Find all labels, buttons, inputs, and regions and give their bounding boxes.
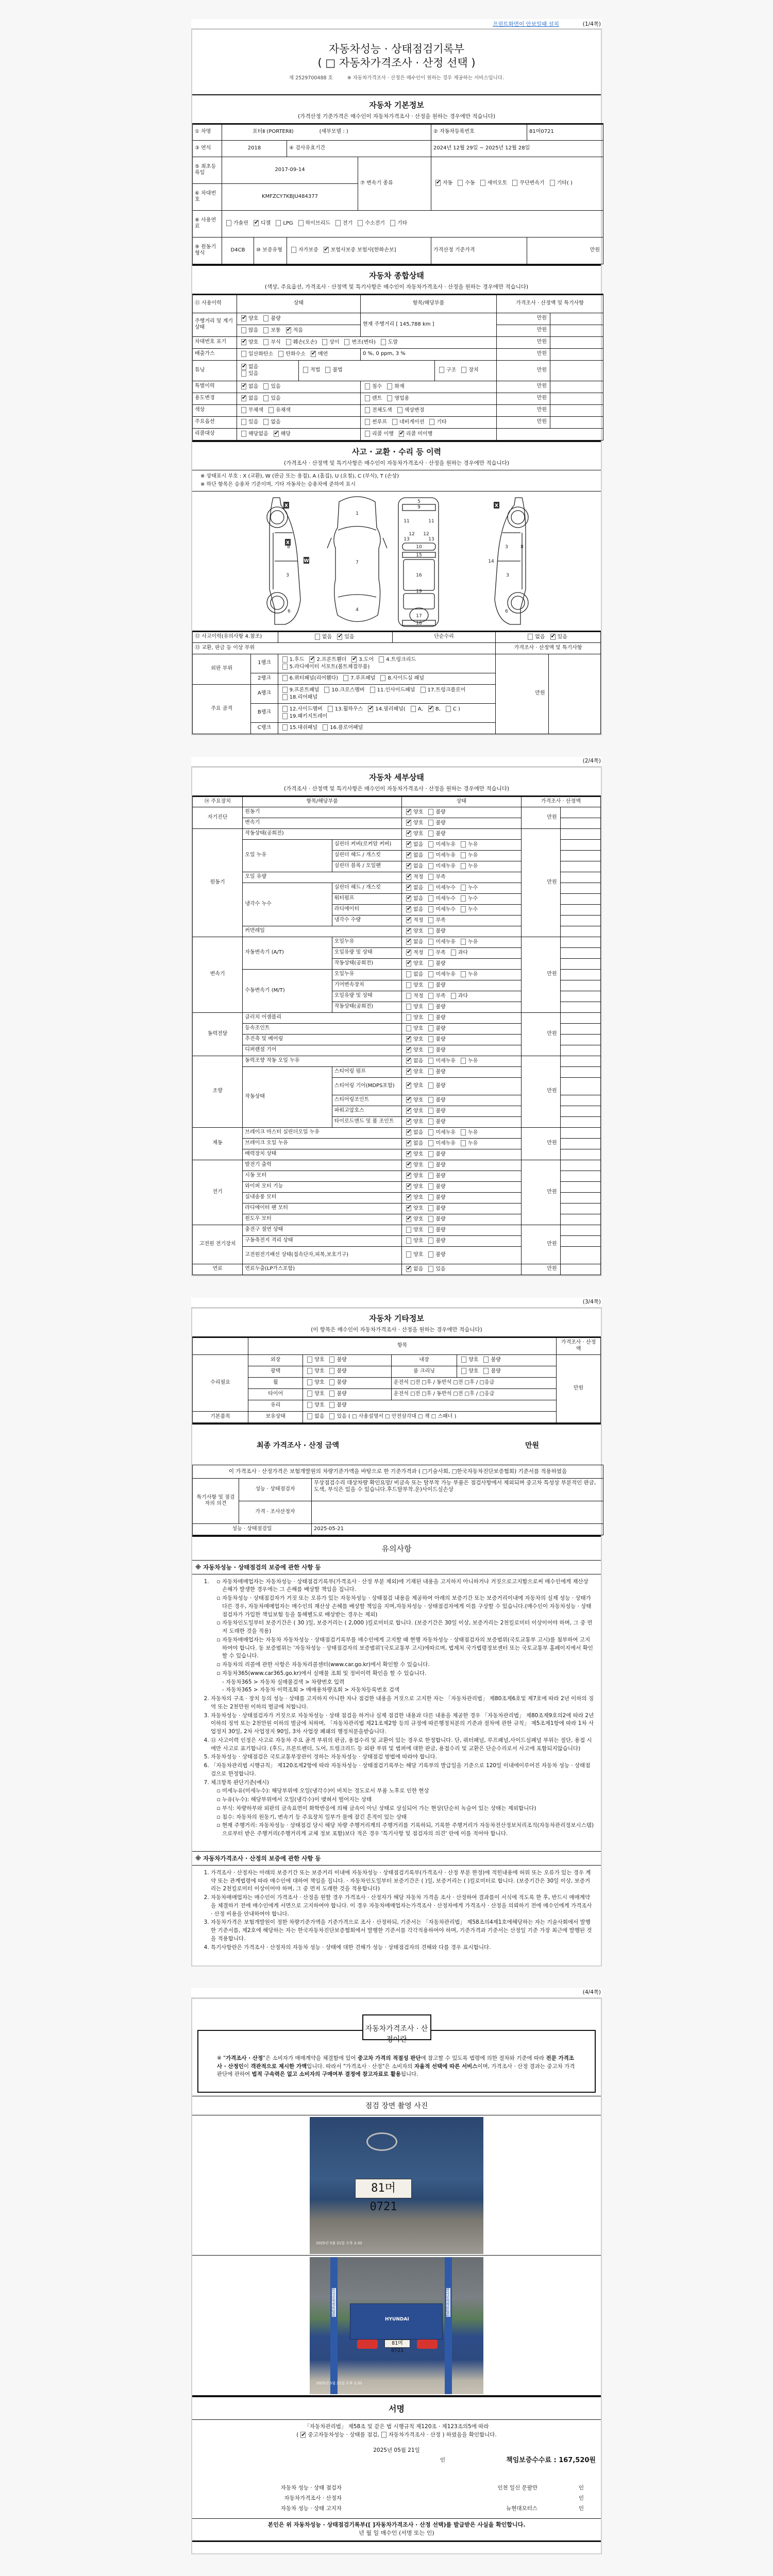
checkbox[interactable]	[406, 1151, 411, 1157]
checkbox[interactable]	[365, 383, 370, 389]
checkbox[interactable]	[399, 431, 404, 437]
checkbox[interactable]	[428, 982, 433, 988]
checkbox[interactable]	[325, 367, 330, 373]
checkbox[interactable]	[298, 220, 304, 226]
fuel-options: 가솔린디젤LPG하이브리드전기수소전기기타	[222, 210, 603, 237]
group-label: 조향	[193, 1056, 243, 1127]
checkbox[interactable]	[428, 1227, 433, 1233]
option: 일산화탄소	[239, 351, 273, 358]
checkbox[interactable]	[428, 809, 433, 815]
checkbox[interactable]	[406, 1205, 411, 1211]
rear-plate: 81머 0721	[384, 2340, 410, 2348]
table-row: 차대번호 표기양호부식훼손(오손)상이변조(변타)도말만원	[193, 336, 603, 348]
checkbox[interactable]	[406, 1173, 411, 1179]
doc-note: ※ 자동차가격조사 · 산정은 매수인이 원하는 경우 제공하는 서비스입니다.	[347, 75, 504, 81]
checkbox[interactable]	[263, 419, 268, 425]
checkbox[interactable]	[263, 383, 268, 389]
option: 있음	[426, 1266, 445, 1273]
checkbox[interactable]	[428, 841, 433, 848]
checkbox[interactable]	[381, 339, 386, 345]
checkbox[interactable]	[241, 383, 246, 389]
checkbox[interactable]	[461, 1357, 466, 1363]
checkbox[interactable]	[428, 1025, 433, 1031]
checkbox[interactable]	[461, 971, 466, 977]
checkbox[interactable]	[241, 327, 246, 333]
option: 불량	[426, 809, 445, 816]
option: 양호	[239, 315, 258, 323]
checkbox[interactable]	[397, 407, 402, 413]
checkbox[interactable]	[406, 1140, 411, 1146]
checkbox[interactable]	[406, 1014, 411, 1021]
option: 불량	[426, 1251, 445, 1259]
checkbox[interactable]	[461, 939, 466, 945]
option: 상이	[320, 339, 339, 346]
checkbox[interactable]	[461, 852, 466, 858]
checkbox[interactable]	[406, 1097, 411, 1103]
checkbox[interactable]	[428, 1129, 433, 1136]
appraisal-explanation-box: 자동차가격조사 · 산정이란 ※ "가격조사 · 산정"은 소비자가 매매계약을…	[197, 2030, 596, 2093]
inspector-opinion: 무상점검수리 대상차량 확인요망/ 비금속 또는 탈부착 가능 부품은 점검사항…	[312, 1478, 603, 1501]
option: 해당	[272, 431, 291, 438]
checkbox[interactable]	[458, 180, 463, 186]
checkbox[interactable]	[406, 1129, 411, 1136]
option: 양호	[404, 1025, 423, 1032]
checkbox[interactable]	[329, 1391, 334, 1397]
checkbox[interactable]	[329, 1368, 334, 1374]
checkbox[interactable]	[406, 1194, 411, 1200]
option: 기타	[388, 220, 407, 227]
checkbox[interactable]	[461, 841, 466, 848]
svg-text:6: 6	[505, 609, 508, 614]
checkbox[interactable]	[406, 1266, 411, 1272]
option: 양호	[404, 960, 423, 968]
checkbox[interactable]	[451, 993, 456, 999]
checkbox[interactable]	[451, 950, 456, 956]
front-photo: 81머 0721 2025년 5월 21일 오후 2:33	[310, 2117, 483, 2254]
checkbox[interactable]	[435, 180, 441, 186]
checkbox[interactable]	[406, 1069, 411, 1075]
checkbox[interactable]	[379, 656, 384, 663]
option: 양호	[239, 339, 258, 346]
option: 양호	[404, 1183, 423, 1191]
option: 많음	[239, 327, 258, 334]
checkbox[interactable]	[550, 634, 556, 640]
option: 불량	[426, 1082, 445, 1090]
checkbox[interactable]	[380, 675, 385, 681]
option: 없음	[404, 1140, 423, 1147]
checkbox[interactable]	[406, 841, 411, 848]
option: 양호	[305, 1402, 324, 1409]
checkbox[interactable]	[461, 906, 466, 912]
checkbox[interactable]	[428, 1097, 433, 1103]
checkbox[interactable]	[282, 687, 288, 693]
checkbox[interactable]	[406, 809, 411, 815]
print-install-link[interactable]: 프린트화면이 안보일때 설치	[493, 20, 559, 28]
checkbox[interactable]	[406, 993, 411, 999]
checkbox[interactable]	[406, 1162, 411, 1168]
checkbox[interactable]	[406, 917, 411, 923]
checkbox[interactable]	[263, 395, 268, 401]
option: 있음	[239, 419, 258, 426]
option: 불량	[426, 820, 445, 827]
valid-label: ④ 검사유효기간	[287, 140, 431, 157]
checkbox[interactable]	[406, 863, 411, 869]
checkbox[interactable]	[428, 906, 433, 912]
option: 19.패키지트레이	[280, 713, 328, 720]
checkbox[interactable]	[282, 664, 288, 670]
checkbox[interactable]	[406, 1251, 411, 1258]
checkbox[interactable]	[344, 339, 349, 345]
warranty-options: 자가보증보험사보증 보험사[한화손보]	[287, 237, 431, 264]
checkbox[interactable]	[461, 1140, 466, 1146]
svg-text:17: 17	[416, 614, 422, 619]
checkbox[interactable]	[307, 1379, 312, 1385]
other-info-table: 항목가격조사 · 산정액수리필요외장양호불량내장양호불량만원광택양호불량룸 크리…	[192, 1336, 601, 1423]
checkbox[interactable]	[428, 1014, 433, 1021]
checkbox[interactable]	[286, 339, 291, 345]
checkbox[interactable]	[241, 407, 246, 413]
checkbox[interactable]	[329, 1379, 334, 1385]
checkbox[interactable]	[461, 1368, 466, 1374]
option: 없음	[404, 852, 423, 859]
checkbox[interactable]	[461, 863, 466, 869]
checkbox[interactable]	[428, 1004, 433, 1010]
checkbox[interactable]	[461, 1058, 466, 1064]
checkbox[interactable]	[241, 370, 246, 377]
checkbox[interactable]	[324, 687, 329, 693]
option: 양호	[459, 1368, 478, 1375]
appraisal-checkbox[interactable]	[381, 2432, 386, 2438]
checkbox[interactable]	[406, 1238, 411, 1244]
checkbox[interactable]	[428, 874, 433, 880]
checkbox[interactable]	[365, 431, 370, 437]
checkbox[interactable]	[411, 706, 416, 712]
checkbox[interactable]	[324, 247, 329, 253]
car-damage-diagram: 174 836 591015 16191718 11111212 1313 33…	[192, 492, 601, 631]
checkbox[interactable]	[428, 1082, 433, 1089]
checkbox[interactable]	[329, 1402, 334, 1408]
option: 누유	[459, 1129, 478, 1137]
checkbox[interactable]	[303, 367, 308, 373]
checkbox[interactable]	[406, 1216, 411, 1222]
option: 없음	[404, 1058, 423, 1065]
checkbox[interactable]	[428, 960, 433, 967]
svg-text:10: 10	[416, 545, 422, 550]
checkbox[interactable]	[315, 634, 320, 640]
checkbox[interactable]	[226, 220, 231, 226]
checkbox[interactable]	[428, 1194, 433, 1200]
option: 13.휠하우스	[326, 706, 363, 713]
checkbox[interactable]	[428, 706, 433, 712]
checkbox[interactable]	[282, 713, 288, 719]
doc-header: 자동차성능 · 상태점검기록부 ( □ 자동차가격조사 · 산정 선택 ) 제 …	[192, 30, 601, 94]
checkbox[interactable]	[428, 895, 433, 902]
checkbox[interactable]	[406, 971, 411, 977]
checkbox[interactable]	[323, 724, 328, 731]
checkbox[interactable]	[406, 820, 411, 826]
checkbox[interactable]	[263, 339, 268, 345]
checkbox[interactable]	[428, 1173, 433, 1179]
checkbox[interactable]	[274, 431, 279, 437]
option: 없음	[404, 841, 423, 849]
page-4: 자동차가격조사 · 산정이란 ※ "가격조사 · 산정"은 소비자가 매매계약을…	[191, 1997, 602, 2554]
checkbox[interactable]	[406, 1108, 411, 1114]
checkbox[interactable]	[406, 982, 411, 988]
checkbox[interactable]	[428, 928, 433, 934]
checkbox[interactable]	[365, 395, 370, 401]
confirm-line: (중고자동차성능 · 상태를 점검,자동차가격조사 · 산정 ) 하였음을 확인…	[197, 2431, 596, 2439]
engine-type: D4CB	[222, 237, 254, 264]
option: 양호	[404, 1151, 423, 1158]
checkbox[interactable]	[254, 220, 259, 226]
checkbox[interactable]	[241, 339, 246, 345]
checkbox[interactable]	[263, 327, 268, 333]
checkbox[interactable]	[428, 1047, 433, 1053]
checkbox[interactable]	[406, 1025, 411, 1031]
option: 불량	[261, 315, 280, 323]
checkbox[interactable]	[241, 364, 246, 370]
svg-text:9: 9	[417, 505, 421, 510]
appraisal-warranty-notices: 가격조사 · 산정자는 아래의 보증기간 또는 보증거리 이내에 자동차성능 ·…	[192, 1866, 601, 1966]
option: 16.플로어패널	[321, 724, 363, 732]
checkbox[interactable]	[241, 395, 246, 401]
checkbox[interactable]	[406, 1082, 411, 1089]
checkbox[interactable]	[428, 1118, 433, 1125]
svg-text:3: 3	[506, 573, 509, 578]
checkbox[interactable]	[311, 351, 316, 357]
checkbox[interactable]	[282, 724, 288, 731]
checkbox[interactable]	[406, 852, 411, 858]
checkbox[interactable]	[392, 419, 397, 425]
checkbox[interactable]	[461, 367, 466, 373]
checkbox[interactable]	[282, 694, 288, 700]
checkbox[interactable]	[307, 1402, 312, 1408]
detail-subtitle: (가격조사 · 산정액 및 특기사항은 매수인이 자동차가격조사 · 산정을 원…	[192, 783, 601, 795]
option: 있음 ( □ 사용설명서 □ 안전삼각대 □ 잭 □ 스패너 )	[327, 1413, 456, 1420]
checkbox[interactable]	[428, 885, 433, 891]
checkbox[interactable]	[328, 706, 333, 712]
checkbox[interactable]	[322, 339, 327, 345]
checkbox[interactable]	[309, 656, 314, 663]
checkbox[interactable]	[428, 831, 433, 837]
checkbox[interactable]	[365, 419, 370, 425]
checkbox[interactable]	[368, 706, 373, 712]
checkbox[interactable]	[406, 960, 411, 967]
checkbox[interactable]	[329, 1413, 334, 1419]
checkbox[interactable]	[307, 1391, 312, 1397]
checkbox[interactable]	[406, 939, 411, 945]
option: 미세누유	[426, 939, 456, 946]
warranty-label: ⑩ 보증유형	[254, 237, 287, 264]
checkbox[interactable]	[282, 706, 288, 712]
option: 불량	[426, 1173, 445, 1180]
checkbox[interactable]	[276, 220, 281, 226]
option: 렌트	[363, 395, 382, 402]
checkbox[interactable]	[461, 895, 466, 902]
page-2: 자동차 세부상태 (가격조사 · 산정액 및 특기사항은 매수인이 자동차가격조…	[191, 766, 602, 1276]
checkbox[interactable]	[343, 675, 348, 681]
option: 있음	[261, 395, 280, 402]
checkbox[interactable]	[428, 1216, 433, 1222]
option: 양호	[305, 1379, 324, 1386]
checkbox[interactable]	[428, 1151, 433, 1157]
checkbox[interactable]	[428, 1108, 433, 1114]
checkbox[interactable]	[406, 1036, 411, 1042]
option: 불량	[426, 1205, 445, 1212]
option: 양호	[305, 1368, 324, 1375]
checkbox[interactable]	[406, 874, 411, 880]
option: 불법	[323, 367, 342, 374]
checkbox[interactable]	[428, 971, 433, 977]
option: 2.프론트휀더	[307, 656, 346, 664]
checkbox[interactable]	[390, 220, 395, 226]
option: 불량	[327, 1368, 346, 1375]
checkbox[interactable]	[406, 885, 411, 891]
checkbox[interactable]	[291, 247, 296, 253]
checkbox[interactable]	[480, 180, 485, 186]
signer-row: 자동차가격조사 · 산정자인	[197, 2494, 596, 2504]
checkbox[interactable]	[406, 895, 411, 902]
svg-text:3: 3	[505, 545, 508, 550]
checkbox[interactable]	[329, 1357, 334, 1363]
option: 과다	[449, 993, 468, 1000]
checkbox[interactable]	[428, 1251, 433, 1258]
accident-title: 사고 · 교환 · 수리 등 이력	[192, 442, 601, 457]
option: 불량	[426, 1216, 445, 1223]
checkbox[interactable]	[387, 395, 392, 401]
checkbox[interactable]	[337, 634, 342, 640]
checkbox[interactable]	[428, 939, 433, 945]
checkbox[interactable]	[428, 1205, 433, 1211]
checkbox[interactable]	[406, 1183, 411, 1190]
checkbox[interactable]	[550, 180, 555, 186]
option: 미세누수	[426, 906, 456, 913]
checkbox[interactable]	[428, 1162, 433, 1168]
checkbox[interactable]	[428, 1266, 433, 1272]
checkbox[interactable]	[268, 407, 274, 413]
checkbox[interactable]	[428, 1140, 433, 1146]
option: 양호	[404, 1069, 423, 1076]
checkbox[interactable]	[429, 419, 434, 425]
checkbox[interactable]	[307, 1368, 312, 1374]
checkbox[interactable]	[439, 367, 444, 373]
checkbox[interactable]	[307, 1357, 312, 1363]
checkbox[interactable]	[282, 675, 288, 681]
checkbox[interactable]	[278, 351, 283, 357]
checkbox[interactable]	[428, 1036, 433, 1042]
inspection-photo-front: 81머 0721 2025년 5월 21일 오후 2:33	[192, 2115, 601, 2256]
checkbox[interactable]	[428, 852, 433, 858]
option: 양호	[305, 1357, 324, 1364]
table-row: 휠양호불량운전석 □전 □후 / 동반석 □전 □후 / □응급	[193, 1377, 601, 1388]
checkbox[interactable]	[428, 1069, 433, 1075]
checkbox[interactable]	[421, 687, 426, 693]
option: 적정	[404, 917, 423, 924]
option: 불량	[327, 1357, 346, 1364]
inspection-checkbox[interactable]	[300, 2432, 306, 2438]
checkbox[interactable]	[512, 180, 517, 186]
checkbox[interactable]	[428, 1238, 433, 1244]
table-row: 기본품목보유상태없음있음 ( □ 사용설명서 □ 안전삼각대 □ 잭 □ 스패너…	[193, 1411, 601, 1422]
checkbox[interactable]	[406, 1047, 411, 1053]
mark-front-fender-left: X	[284, 503, 288, 509]
option: 양호	[404, 1118, 423, 1126]
checkbox[interactable]	[446, 706, 451, 712]
photos-title: 점검 장면 촬영 사진	[192, 2096, 601, 2115]
table-row: 타이어양호불량운전석 □전 □후 / 동반석 □전 □후 / □응급	[193, 1388, 601, 1400]
table-row: 용도변경없음있음렌트영업용만원	[193, 393, 603, 404]
checkbox[interactable]	[263, 315, 268, 321]
page-number: (2/4쪽)	[191, 757, 602, 766]
option: 리콜 미이행	[397, 431, 432, 438]
option: 1.후드	[280, 656, 305, 664]
law-basis: 「자동차관리법」 제58조 및 같은 법 시행규칙 제120조 · 제123조의…	[197, 2423, 596, 2431]
reg-no: 81머0721	[527, 124, 603, 140]
checkbox[interactable]	[406, 1227, 411, 1233]
checkbox[interactable]	[406, 831, 411, 837]
table-row: 전기발전기 출력양호불량만원	[193, 1160, 601, 1171]
option: 불량	[426, 1014, 445, 1022]
checkbox[interactable]	[370, 687, 375, 693]
checkbox[interactable]	[406, 1118, 411, 1125]
option: 없음	[404, 939, 423, 946]
doc-subtitle: ( □ 자동차가격조사 · 산정 선택 )	[192, 56, 601, 70]
checkbox[interactable]	[428, 863, 433, 869]
checkbox[interactable]	[406, 1004, 411, 1010]
checkbox[interactable]	[241, 351, 246, 357]
checkbox[interactable]	[428, 1058, 433, 1064]
checkbox[interactable]	[351, 656, 357, 663]
checkbox[interactable]	[358, 220, 363, 226]
option: 불량	[426, 1069, 445, 1076]
checkbox[interactable]	[428, 820, 433, 826]
group-label: 제동	[193, 1127, 243, 1160]
checkbox[interactable]	[461, 1129, 466, 1136]
svg-text:18: 18	[416, 621, 422, 626]
option: 구조	[437, 367, 456, 374]
checkbox[interactable]	[241, 315, 246, 321]
checkbox[interactable]	[241, 419, 246, 425]
checkbox[interactable]	[428, 993, 433, 999]
checkbox[interactable]	[241, 431, 246, 437]
option: 없음	[404, 971, 423, 978]
checkbox[interactable]	[428, 917, 433, 923]
svg-text:19: 19	[416, 589, 422, 594]
checkbox[interactable]	[286, 327, 291, 333]
checkbox[interactable]	[483, 1368, 489, 1374]
option: 4.트렁크리드	[377, 656, 416, 664]
checkbox[interactable]	[406, 950, 411, 956]
checkbox[interactable]	[461, 885, 466, 891]
checkbox[interactable]	[406, 1058, 411, 1064]
checkbox[interactable]	[307, 1413, 312, 1419]
checkbox[interactable]	[282, 656, 288, 663]
checkbox[interactable]	[428, 1183, 433, 1190]
table-row: 원동기작동상태(공회전)양호불량만원	[193, 828, 601, 839]
svg-text:12: 12	[409, 532, 414, 537]
option: 미세누유	[426, 852, 456, 859]
inspection-date: 2025-05-21	[312, 1523, 603, 1535]
checkbox[interactable]	[335, 220, 341, 226]
checkbox[interactable]	[406, 906, 411, 912]
checkbox[interactable]	[365, 407, 370, 413]
checkbox[interactable]	[428, 950, 433, 956]
checkbox[interactable]	[528, 634, 533, 640]
option: 불량	[327, 1379, 346, 1386]
checkbox[interactable]	[387, 383, 392, 389]
checkbox[interactable]	[483, 1357, 489, 1363]
checkbox[interactable]	[406, 928, 411, 934]
